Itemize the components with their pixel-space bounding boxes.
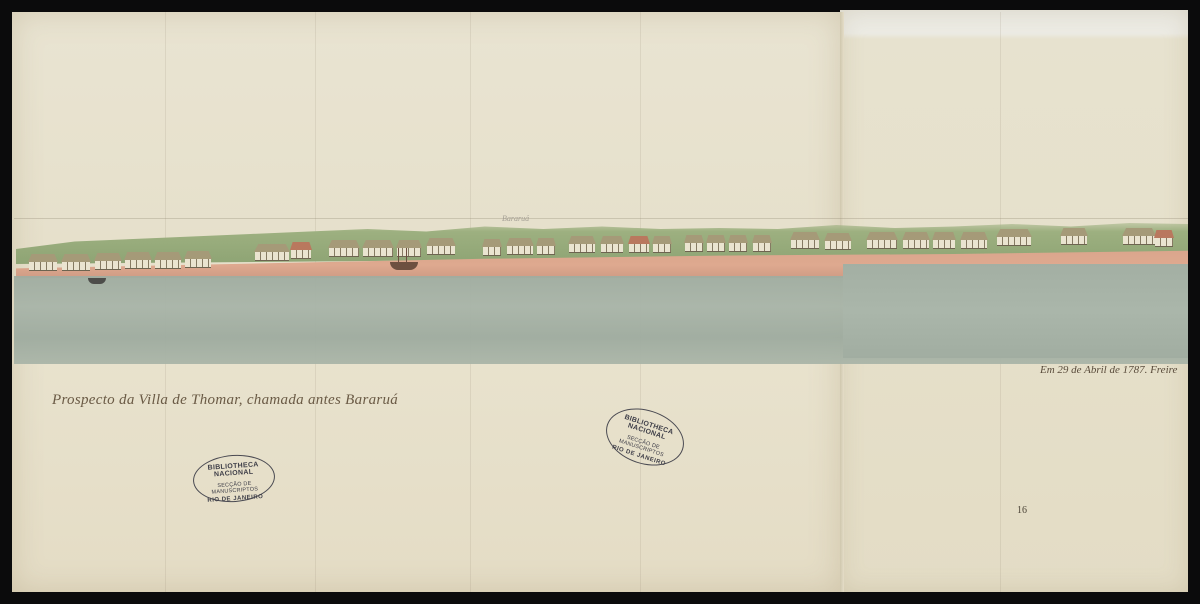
horizon-line (14, 218, 1188, 219)
stamp-line: BIBLIOTHECA NACIONAL (193, 460, 274, 480)
sailing-boat (390, 262, 418, 270)
title-caption: Prospecto da Villa de Thomar, chamada an… (52, 392, 398, 409)
pencil-note: Bararuá (502, 214, 529, 223)
river-water-right (843, 264, 1188, 358)
date-signature: Em 29 de Abril de 1787. Freire (1040, 364, 1177, 376)
page-number: 16 (1017, 505, 1027, 516)
